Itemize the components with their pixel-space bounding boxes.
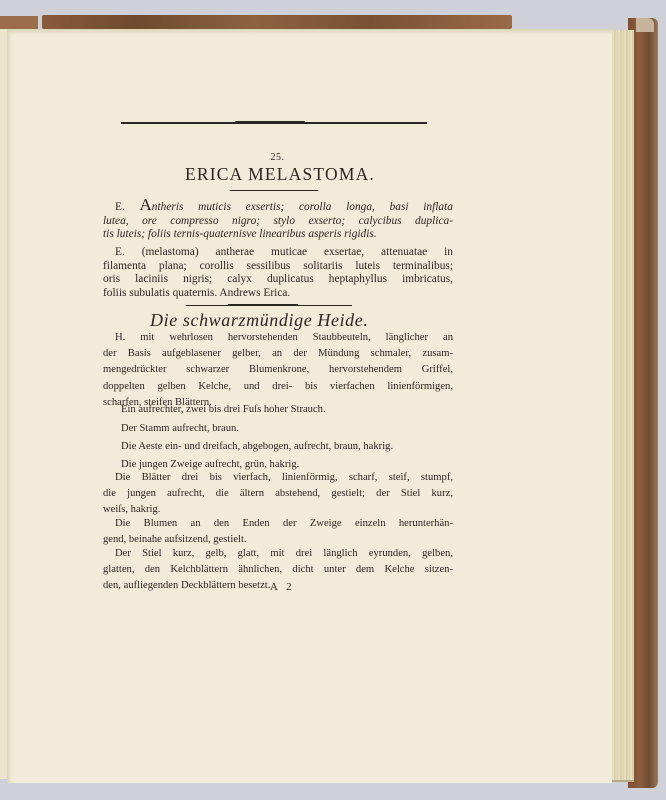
title-underline (230, 190, 318, 191)
printer-signature-mark: A 2 (270, 581, 295, 593)
stalk-line-1: Der Stiel kurz, gelb, glatt, mit drei lä… (103, 546, 453, 562)
detail-habit: Ein aufrechter, zwei bis drei Fuſs hoher… (121, 404, 326, 415)
latin-diagnosis: E. Antheris muticis exsertis; corolla lo… (103, 200, 453, 242)
synonym-line-2: filamenta plana; corollis sessilibus sol… (103, 260, 453, 274)
entry-number: 25. (0, 152, 555, 163)
latin-diagnosis-line-3: tis luteis; foliis ternis-quaternisve li… (103, 228, 453, 242)
scanned-book-page: 25. ERICA MELASTOMA. E. Antheris muticis… (0, 0, 666, 800)
detail-branches: Die Aeste ein- und dreifach, abgebogen, … (121, 441, 393, 452)
drop-initial: A (140, 195, 152, 214)
middle-rule-thickening (228, 304, 298, 306)
lead-letter: E. (115, 201, 125, 213)
leaves-line-2: die jungen aufrecht, die ältern abstehen… (103, 486, 453, 502)
flowers-description: Die Blumen an den Enden der Zweige einze… (103, 516, 453, 548)
book-cover-corner (636, 18, 654, 32)
synonym-line-3: oris laciniis nigris; calyx duplicatus h… (103, 273, 453, 287)
german-description: H. mit wehrlosen hervorstehenden Staubbe… (103, 330, 453, 411)
synonym-line-1: E. (melastoma) antherae muticae exsertae… (103, 246, 453, 260)
leaves-description: Die Blätter drei bis vierfach, linienför… (103, 470, 453, 519)
german-line-2: der Basis aufgeblasener gelber, an der M… (103, 346, 453, 362)
top-rule-thickening (235, 121, 305, 124)
flowers-line-1: Die Blumen an den Enden der Zweige einze… (103, 516, 453, 532)
leaves-line-1: Die Blätter drei bis vierfach, linienför… (103, 470, 453, 486)
latin-diagnosis-line-1: E. Antheris muticis exsertis; corolla lo… (103, 200, 453, 215)
german-line-3: mengedrückter schwarzer Blumenkrone, her… (103, 362, 453, 378)
german-line-4: doppelten gelben Kelche, und drei- bis v… (103, 379, 453, 395)
page-title: ERICA MELASTOMA. (168, 164, 392, 185)
page-top-shadow (7, 29, 612, 35)
detail-stem: Der Stamm aufrecht, braun. (121, 423, 239, 434)
detail-young-twigs: Die jungen Zweige aufrecht, grün, hakrig… (121, 459, 299, 470)
german-title: Die schwarzmündige Heide. (150, 310, 420, 331)
stalk-line-2: glatten, den Kelchblättern ähnlichen, di… (103, 562, 453, 578)
synonym-line-4: foliis subulatis quaternis. Andrews Eric… (103, 287, 453, 301)
book-cover-left-edge (0, 16, 38, 29)
german-line-1: H. mit wehrlosen hervorstehenden Staubbe… (103, 330, 453, 346)
synonym-citation: E. (melastoma) antherae muticae exsertae… (103, 246, 453, 300)
page-block-edges (610, 30, 634, 782)
latin-diagnosis-line-2: lutea, ore compresso nigro; stylo exsert… (103, 215, 453, 229)
book-cover-top-edge (42, 15, 512, 29)
